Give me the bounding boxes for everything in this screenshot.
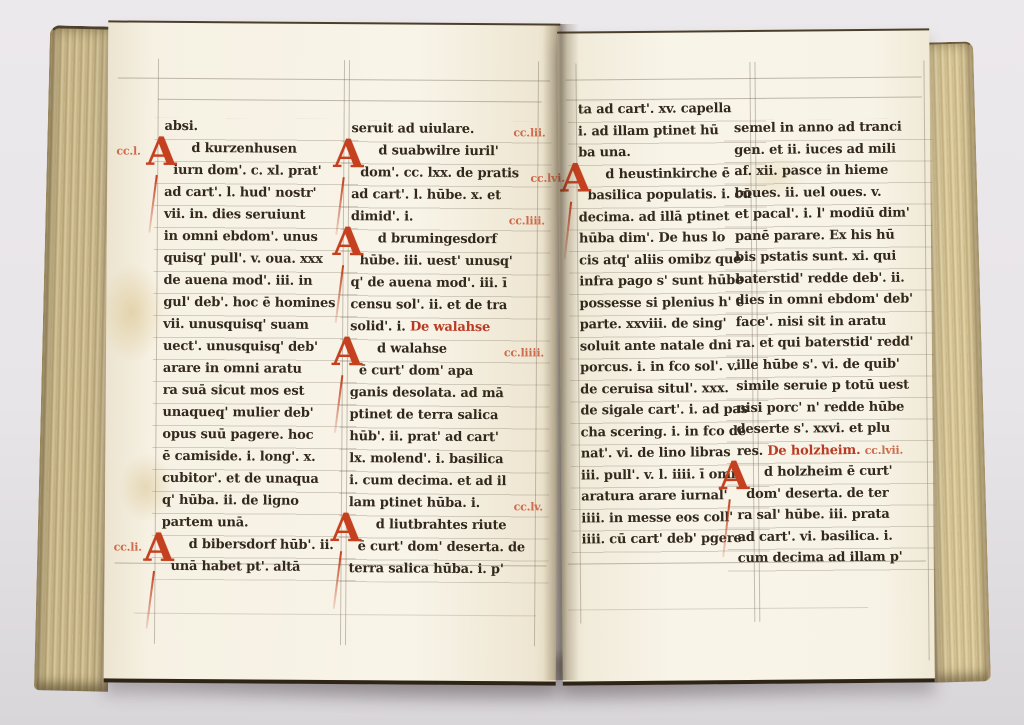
manuscript-text-line: d kurzenhusenA xyxy=(164,138,346,161)
manuscript-text-line: gen. et ii. iuces ad mili xyxy=(734,138,920,161)
manuscript-text-line: ē camiside. i. long'. x. xyxy=(162,446,344,469)
manuscript-text-line: quisq' pull'. v. oua. xxx xyxy=(164,248,346,271)
manuscript-text-line: vii. in. dies seruiunt xyxy=(164,204,346,227)
manuscript-text-line: vii. unusquisq' suam xyxy=(163,314,345,337)
illuminated-initial: A xyxy=(333,135,363,174)
manuscript-text-line: baterstid' redde deb'. ii. xyxy=(735,267,921,290)
left-page-column-2: seruit ad uiulare.d suabwilre iuril'Adom… xyxy=(348,118,539,581)
left-page: absi.d kurzenhusenAiurn dom'. c. xl. pra… xyxy=(104,20,561,685)
manuscript-text-line: partem unā. xyxy=(162,512,344,535)
manuscript-text-line: deserte s'. xxvi. et plu xyxy=(737,417,923,440)
manuscript-text-line: et pacal'. i. l' modiū dim' xyxy=(735,202,921,225)
manuscript-text-line: simile seruie p totū uest xyxy=(736,374,922,397)
manuscript-text-line: boues. ii. uel oues. v. xyxy=(734,181,920,204)
manuscript-text-line: d bibersdorf hūb'. ii.A xyxy=(162,534,344,557)
illuminated-initial: A xyxy=(719,457,749,496)
rubric-text: De holzheim. xyxy=(767,442,865,458)
manuscript-text-line: lx. molend'. i. basilica xyxy=(349,448,537,471)
chapter-number-marginal: cc.liiii. xyxy=(504,342,544,364)
illuminated-initial: A xyxy=(143,529,173,568)
manuscript-text-line: solid'. i. De walahse xyxy=(350,316,538,339)
manuscript-text-line: ē curt' dom' deserta. de xyxy=(349,536,537,559)
manuscript-text-line: opus suū pagere. hoc xyxy=(162,424,344,447)
illuminated-initial: A xyxy=(146,133,176,172)
manuscript-text-line: gul' deb'. hoc ē homines xyxy=(163,292,345,315)
ruling-line xyxy=(566,76,922,80)
manuscript-text-line: q' de auena mod'. iii. ī xyxy=(350,272,538,295)
manuscript-text-line: hūb'. ii. prat' ad cart' xyxy=(349,426,537,449)
manuscript-text-line: ra. et qui baterstid' redd' xyxy=(736,331,922,354)
right-page: ta ad cart'. xv. capellai. ad illam ptin… xyxy=(557,28,935,685)
manuscript-text-line: bis pstatis sunt. xi. qui xyxy=(735,245,921,268)
chapter-number-marginal: cc.lii. xyxy=(513,122,545,144)
manuscript-text-line: dom'. cc. lxx. de pratis xyxy=(351,162,539,185)
manuscript-text-line: uect'. unusquisq' deb' xyxy=(163,336,345,359)
manuscript-text-line: unaqueq' mulier deb' xyxy=(163,402,345,425)
manuscript-text-line: d suabwilre iuril'A xyxy=(351,140,539,163)
chapter-number-marginal: cc.li. xyxy=(114,536,142,558)
book-gutter xyxy=(543,24,579,680)
manuscript-text-line: seruit ad uiulare. xyxy=(351,118,539,141)
illuminated-initial: A xyxy=(331,509,361,548)
manuscript-text-line: ad cart'. vi. basilica. i. xyxy=(737,525,923,548)
manuscript-text-line: ille hūbe s'. vi. de quib' xyxy=(736,353,922,376)
manuscript-text-line: res. De holzheim. cc.lvii. xyxy=(737,439,923,462)
illuminated-initial: A xyxy=(333,223,363,262)
manuscript-text-line: in omni ebdom'. unus xyxy=(164,226,346,249)
manuscript-text-line: dies in omni ebdom' deb' xyxy=(735,288,921,311)
manuscript-text-line: d liutbrahtes riuteA xyxy=(349,514,537,537)
manuscript-text-line: face'. nisi sit in aratu xyxy=(736,310,922,333)
chapter-number-marginal: cc.liii. xyxy=(509,210,545,232)
manuscript-text-line: q' hūba. ii. de ligno xyxy=(162,490,344,513)
rubric-text: De walahse xyxy=(410,320,490,336)
manuscript-text-line: cubitor'. et de unaqua xyxy=(162,468,344,491)
manuscript-text-line: panē parare. Ex his hū xyxy=(735,224,921,247)
left-page-column-1: absi.d kurzenhusenAiurn dom'. c. xl. pra… xyxy=(161,116,346,579)
manuscript-text-line: censu sol'. ii. et de tra xyxy=(350,294,538,317)
manuscript-text-line: ta ad cart'. xv. capella xyxy=(578,98,754,121)
rubric-text: cc.lvii. xyxy=(865,443,904,456)
manuscript-text-line: arare in omni aratu xyxy=(163,358,345,381)
manuscript-text-line: ad cart'. l. hud' nostr' xyxy=(164,182,346,205)
right-page-column-2: semel in anno ad trancigen. et ii. iuces… xyxy=(734,116,924,569)
manuscript-text-line: cum decima ad illam p' xyxy=(738,546,924,569)
manuscript-text-line: ptinet de terra salica xyxy=(349,404,537,427)
manuscript-text-line: hūbe. iii. uest' unusq' xyxy=(351,250,539,273)
manuscript-text-line: i. cum decima. et ad il xyxy=(349,470,537,493)
manuscript-photo: absi.d kurzenhusenAiurn dom'. c. xl. pra… xyxy=(0,0,1024,725)
manuscript-text-line: iurn dom'. c. xl. prat' xyxy=(164,160,346,183)
manuscript-text-line: af. xii. pasce in hieme xyxy=(734,159,920,182)
manuscript-text-line: d holzheim ē curt'A xyxy=(737,460,923,483)
manuscript-text-line: nisi porc' n' redde hūbe xyxy=(736,396,922,419)
manuscript-text-line: terra salica hūba. i. p' xyxy=(348,558,536,581)
manuscript-text-line: ra sal' hūbe. iii. prata xyxy=(737,503,923,526)
manuscript-text-line: de auena mod'. iii. in xyxy=(163,270,345,293)
manuscript-text-line: ad cart'. l. hūbe. x. et xyxy=(351,184,539,207)
manuscript-text-line: semel in anno ad tranci xyxy=(734,116,920,139)
manuscript-text-line: dom' deserta. de ter xyxy=(737,482,923,505)
ruling-line xyxy=(118,77,550,81)
manuscript-text-line: lam ptinet hūba. i. xyxy=(349,492,537,515)
manuscript-text-line: absi. xyxy=(164,116,346,139)
chapter-number-marginal: cc.lv. xyxy=(514,496,543,518)
manuscript-text-line: ra suā sicut mos est xyxy=(163,380,345,403)
illuminated-initial: A xyxy=(332,333,362,372)
manuscript-text-line: unā habet pt'. altā xyxy=(161,556,343,579)
manuscript-text-line: ganis desolata. ad mā xyxy=(350,382,538,405)
ruling-line xyxy=(134,613,536,617)
ruling-line xyxy=(568,607,868,611)
chapter-number-marginal: cc.l. xyxy=(116,140,140,162)
